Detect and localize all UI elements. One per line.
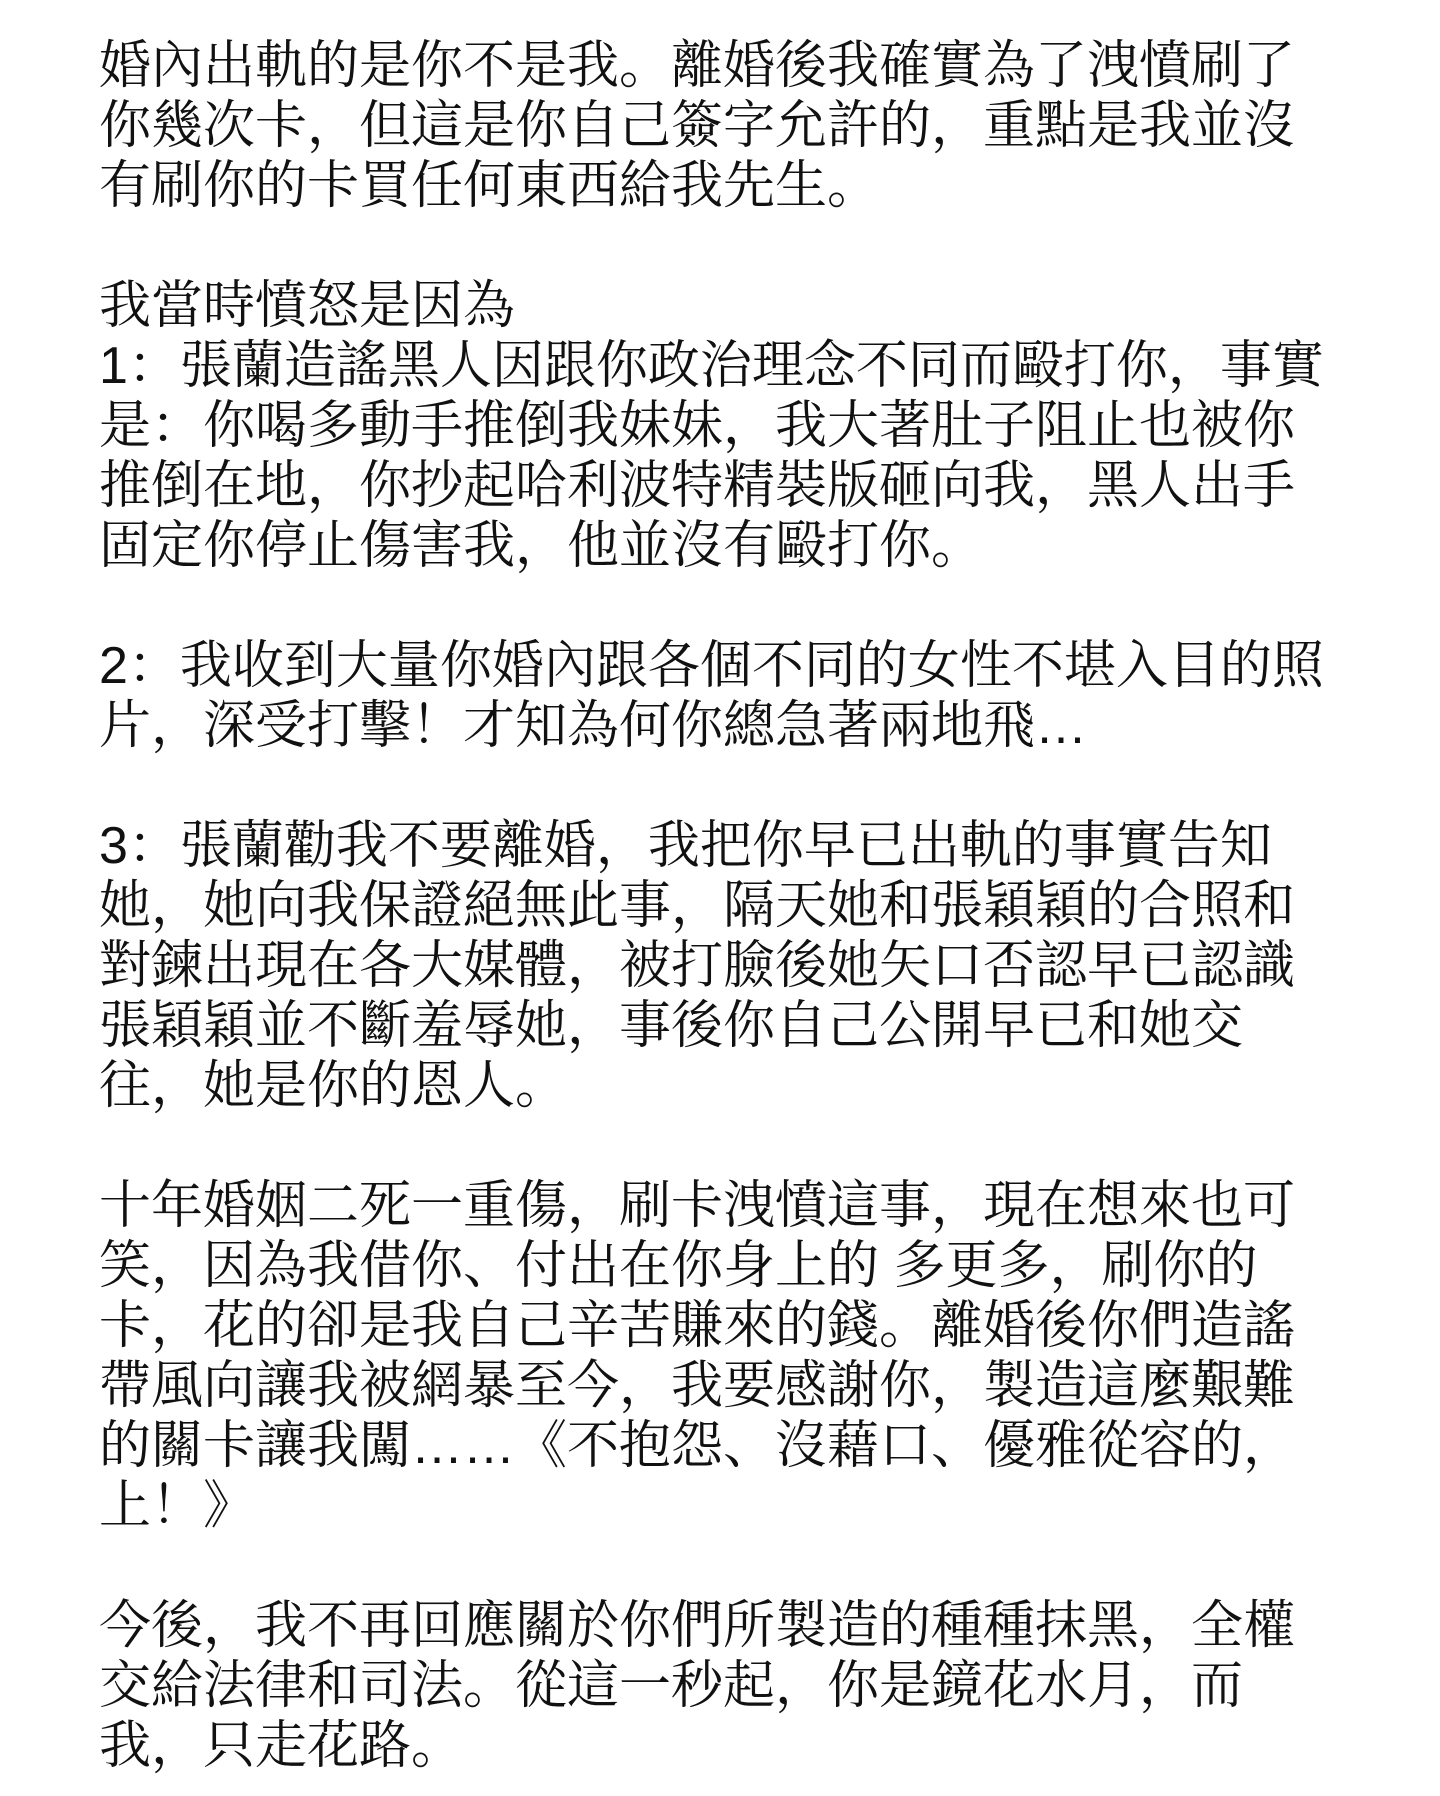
text-line: 片，深受打擊！才知為何你總急著兩地飛…	[99, 696, 1380, 756]
text-line: 1：張蘭造謠黑人因跟你政治理念不同而毆打你，事實	[99, 336, 1380, 396]
document-body: 婚內出軌的是你不是我。離婚後我確實為了洩憤刷了你幾次卡，但這是你自己簽字允許的，…	[99, 36, 1380, 1776]
text-line: 2：我收到大量你婚內跟各個不同的女性不堪入目的照	[99, 636, 1380, 696]
text-line: 我，只走花路。	[99, 1716, 1380, 1776]
text-line: 交給法律和司法。從這一秒起，你是鏡花水月，而	[99, 1656, 1380, 1716]
paragraph: 今後，我不再回應關於你們所製造的種種抹黑，全權交給法律和司法。從這一秒起，你是鏡…	[99, 1596, 1380, 1776]
text-line: 卡，花的卻是我自己辛苦賺來的錢。離婚後你們造謠	[99, 1296, 1380, 1356]
text-line: 上！》	[99, 1476, 1380, 1536]
paragraph: 我當時憤怒是因為1：張蘭造謠黑人因跟你政治理念不同而毆打你，事實是：你喝多動手推…	[99, 276, 1380, 576]
paragraph: 十年婚姻二死一重傷，刷卡洩憤這事，現在想來也可笑，因為我借你、付出在你身上的 多…	[99, 1176, 1380, 1536]
text-line: 對鍊出現在各大媒體，被打臉後她矢口否認早已認識	[99, 936, 1380, 996]
text-line: 往，她是你的恩人。	[99, 1056, 1380, 1116]
paragraph: 婚內出軌的是你不是我。離婚後我確實為了洩憤刷了你幾次卡，但這是你自己簽字允許的，…	[99, 36, 1380, 216]
text-line: 婚內出軌的是你不是我。離婚後我確實為了洩憤刷了	[99, 36, 1380, 96]
text-line: 的關卡讓我闖……《不抱怨、沒藉口、優雅從容的，	[99, 1416, 1380, 1476]
text-line: 笑，因為我借你、付出在你身上的 多更多，刷你的	[99, 1236, 1380, 1296]
text-line: 固定你停止傷害我，他並沒有毆打你。	[99, 516, 1380, 576]
text-line: 3：張蘭勸我不要離婚，我把你早已出軌的事實告知	[99, 816, 1380, 876]
text-line: 她，她向我保證絕無此事，隔天她和張穎穎的合照和	[99, 876, 1380, 936]
paragraph: 3：張蘭勸我不要離婚，我把你早已出軌的事實告知她，她向我保證絕無此事，隔天她和張…	[99, 816, 1380, 1116]
text-line: 推倒在地，你抄起哈利波特精裝版砸向我，黑人出手	[99, 456, 1380, 516]
text-line: 我當時憤怒是因為	[99, 276, 1380, 336]
text-line: 十年婚姻二死一重傷，刷卡洩憤這事，現在想來也可	[99, 1176, 1380, 1236]
text-line: 你幾次卡，但這是你自己簽字允許的，重點是我並沒	[99, 96, 1380, 156]
document-page: 婚內出軌的是你不是我。離婚後我確實為了洩憤刷了你幾次卡，但這是你自己簽字允許的，…	[0, 0, 1440, 1796]
text-line: 今後，我不再回應關於你們所製造的種種抹黑，全權	[99, 1596, 1380, 1656]
text-line: 張穎穎並不斷羞辱她，事後你自己公開早已和她交	[99, 996, 1380, 1056]
text-line: 帶風向讓我被網暴至今，我要感謝你，製造這麼艱難	[99, 1356, 1380, 1416]
text-line: 有刷你的卡買任何東西給我先生。	[99, 156, 1380, 216]
text-line: 是：你喝多動手推倒我妹妹，我大著肚子阻止也被你	[99, 396, 1380, 456]
paragraph: 2：我收到大量你婚內跟各個不同的女性不堪入目的照片，深受打擊！才知為何你總急著兩…	[99, 636, 1380, 756]
